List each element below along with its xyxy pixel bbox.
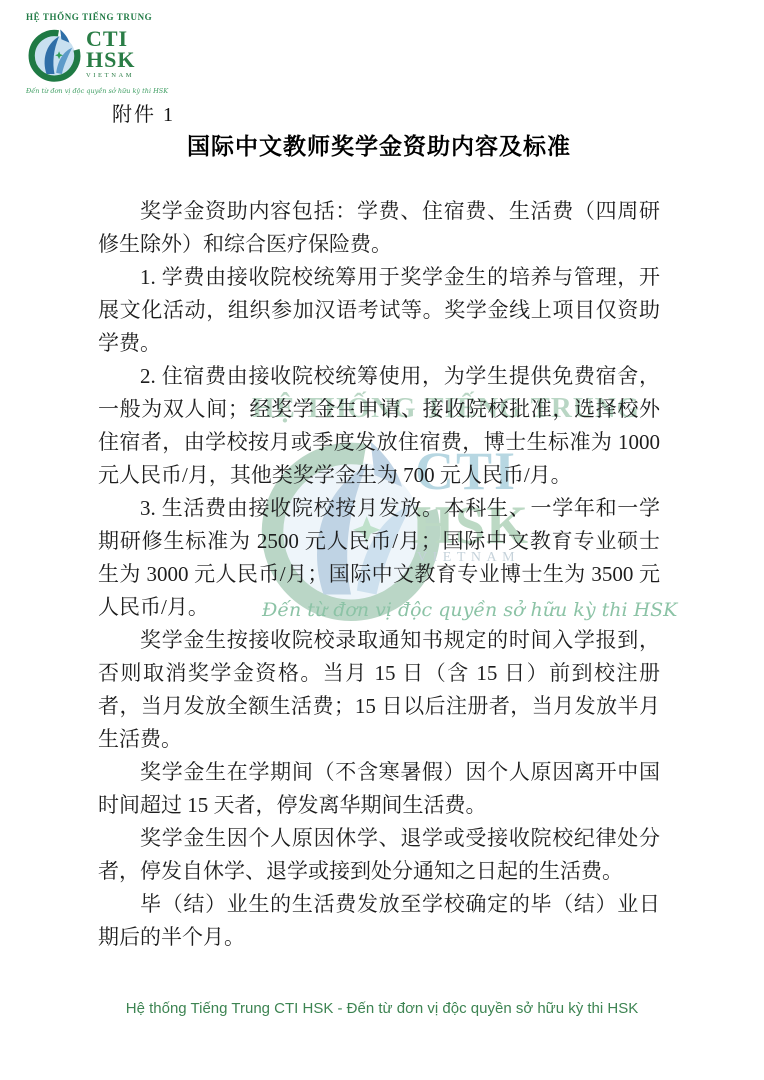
- paragraph: 奖学金生在学期间（不含寒暑假）因个人原因离开中国时间超过 15 天者，停发离华期…: [98, 756, 660, 822]
- document-page: HỆ THỐNG TIẾNG TRUNG CTI HSK VIETNAM Đến…: [0, 0, 764, 1080]
- paragraph: 毕（结）业生的生活费发放至学校确定的毕（结）业日期后的半个月。: [98, 888, 660, 954]
- logo-hsk-label: HSK: [86, 49, 135, 70]
- logo-text-block: CTI HSK VIETNAM: [86, 28, 135, 79]
- logo-slogan: Đến từ đơn vị độc quyền sở hữu kỳ thi HS…: [26, 87, 146, 95]
- header-logo: HỆ THỐNG TIẾNG TRUNG CTI HSK VIETNAM Đến…: [26, 12, 146, 95]
- paragraph: 3. 生活费由接收院校按月发放。本科生、一学年和一学期研修生标准为 2500 元…: [98, 492, 660, 624]
- document-paragraphs: 奖学金资助内容包括：学费、住宿费、生活费（四周研修生除外）和综合医疗保险费。 1…: [98, 195, 660, 954]
- paragraph: 奖学金生因个人原因休学、退学或受接收院校纪律处分者，停发自休学、退学或接到处分通…: [98, 822, 660, 888]
- cti-hsk-logo-icon: [26, 25, 83, 82]
- page-title: 国际中文教师奖学金资助内容及标准: [98, 128, 660, 161]
- logo-row: CTI HSK VIETNAM: [26, 25, 146, 82]
- logo-tagline: HỆ THỐNG TIẾNG TRUNG: [26, 12, 146, 22]
- attachment-label: 附件 1: [112, 98, 175, 127]
- paragraph: 奖学金资助内容包括：学费、住宿费、生活费（四周研修生除外）和综合医疗保险费。: [98, 195, 660, 261]
- paragraph: 2. 住宿费由接收院校统筹使用，为学生提供免费宿舍，一般为双人间；经奖学金生申请…: [98, 360, 660, 492]
- paragraph: 1. 学费由接收院校统筹用于奖学金生的培养与管理，开展文化活动，组织参加汉语考试…: [98, 261, 660, 360]
- logo-cti-label: CTI: [86, 28, 135, 49]
- logo-vietnam-label: VIETNAM: [86, 72, 135, 79]
- document-content: 附件 1 国际中文教师奖学金资助内容及标准 奖学金资助内容包括：学费、住宿费、生…: [0, 0, 764, 1080]
- footer-text: Hệ thống Tiếng Trung CTI HSK - Đến từ đơ…: [0, 1000, 764, 1017]
- paragraph: 奖学金生按接收院校录取通知书规定的时间入学报到，否则取消奖学金资格。当月 15 …: [98, 624, 660, 756]
